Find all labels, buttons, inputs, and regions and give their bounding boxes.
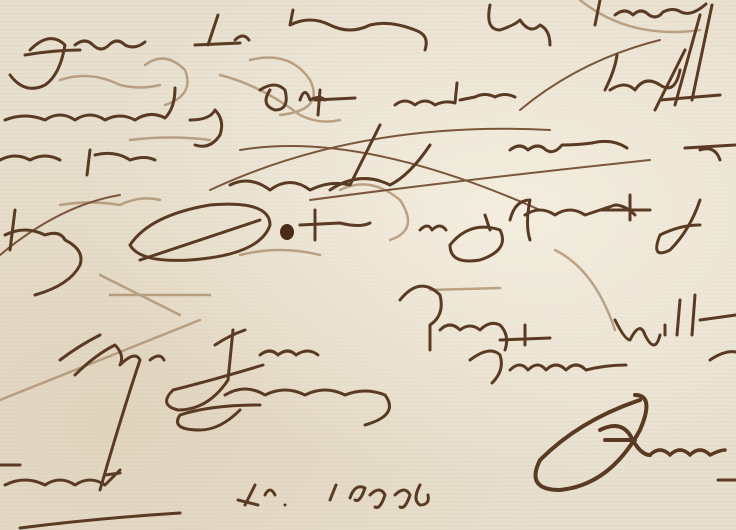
- manuscript-page: Heer de kraecys bay mijne vrouwende dat …: [0, 0, 736, 530]
- handwriting-strokes: [0, 0, 736, 530]
